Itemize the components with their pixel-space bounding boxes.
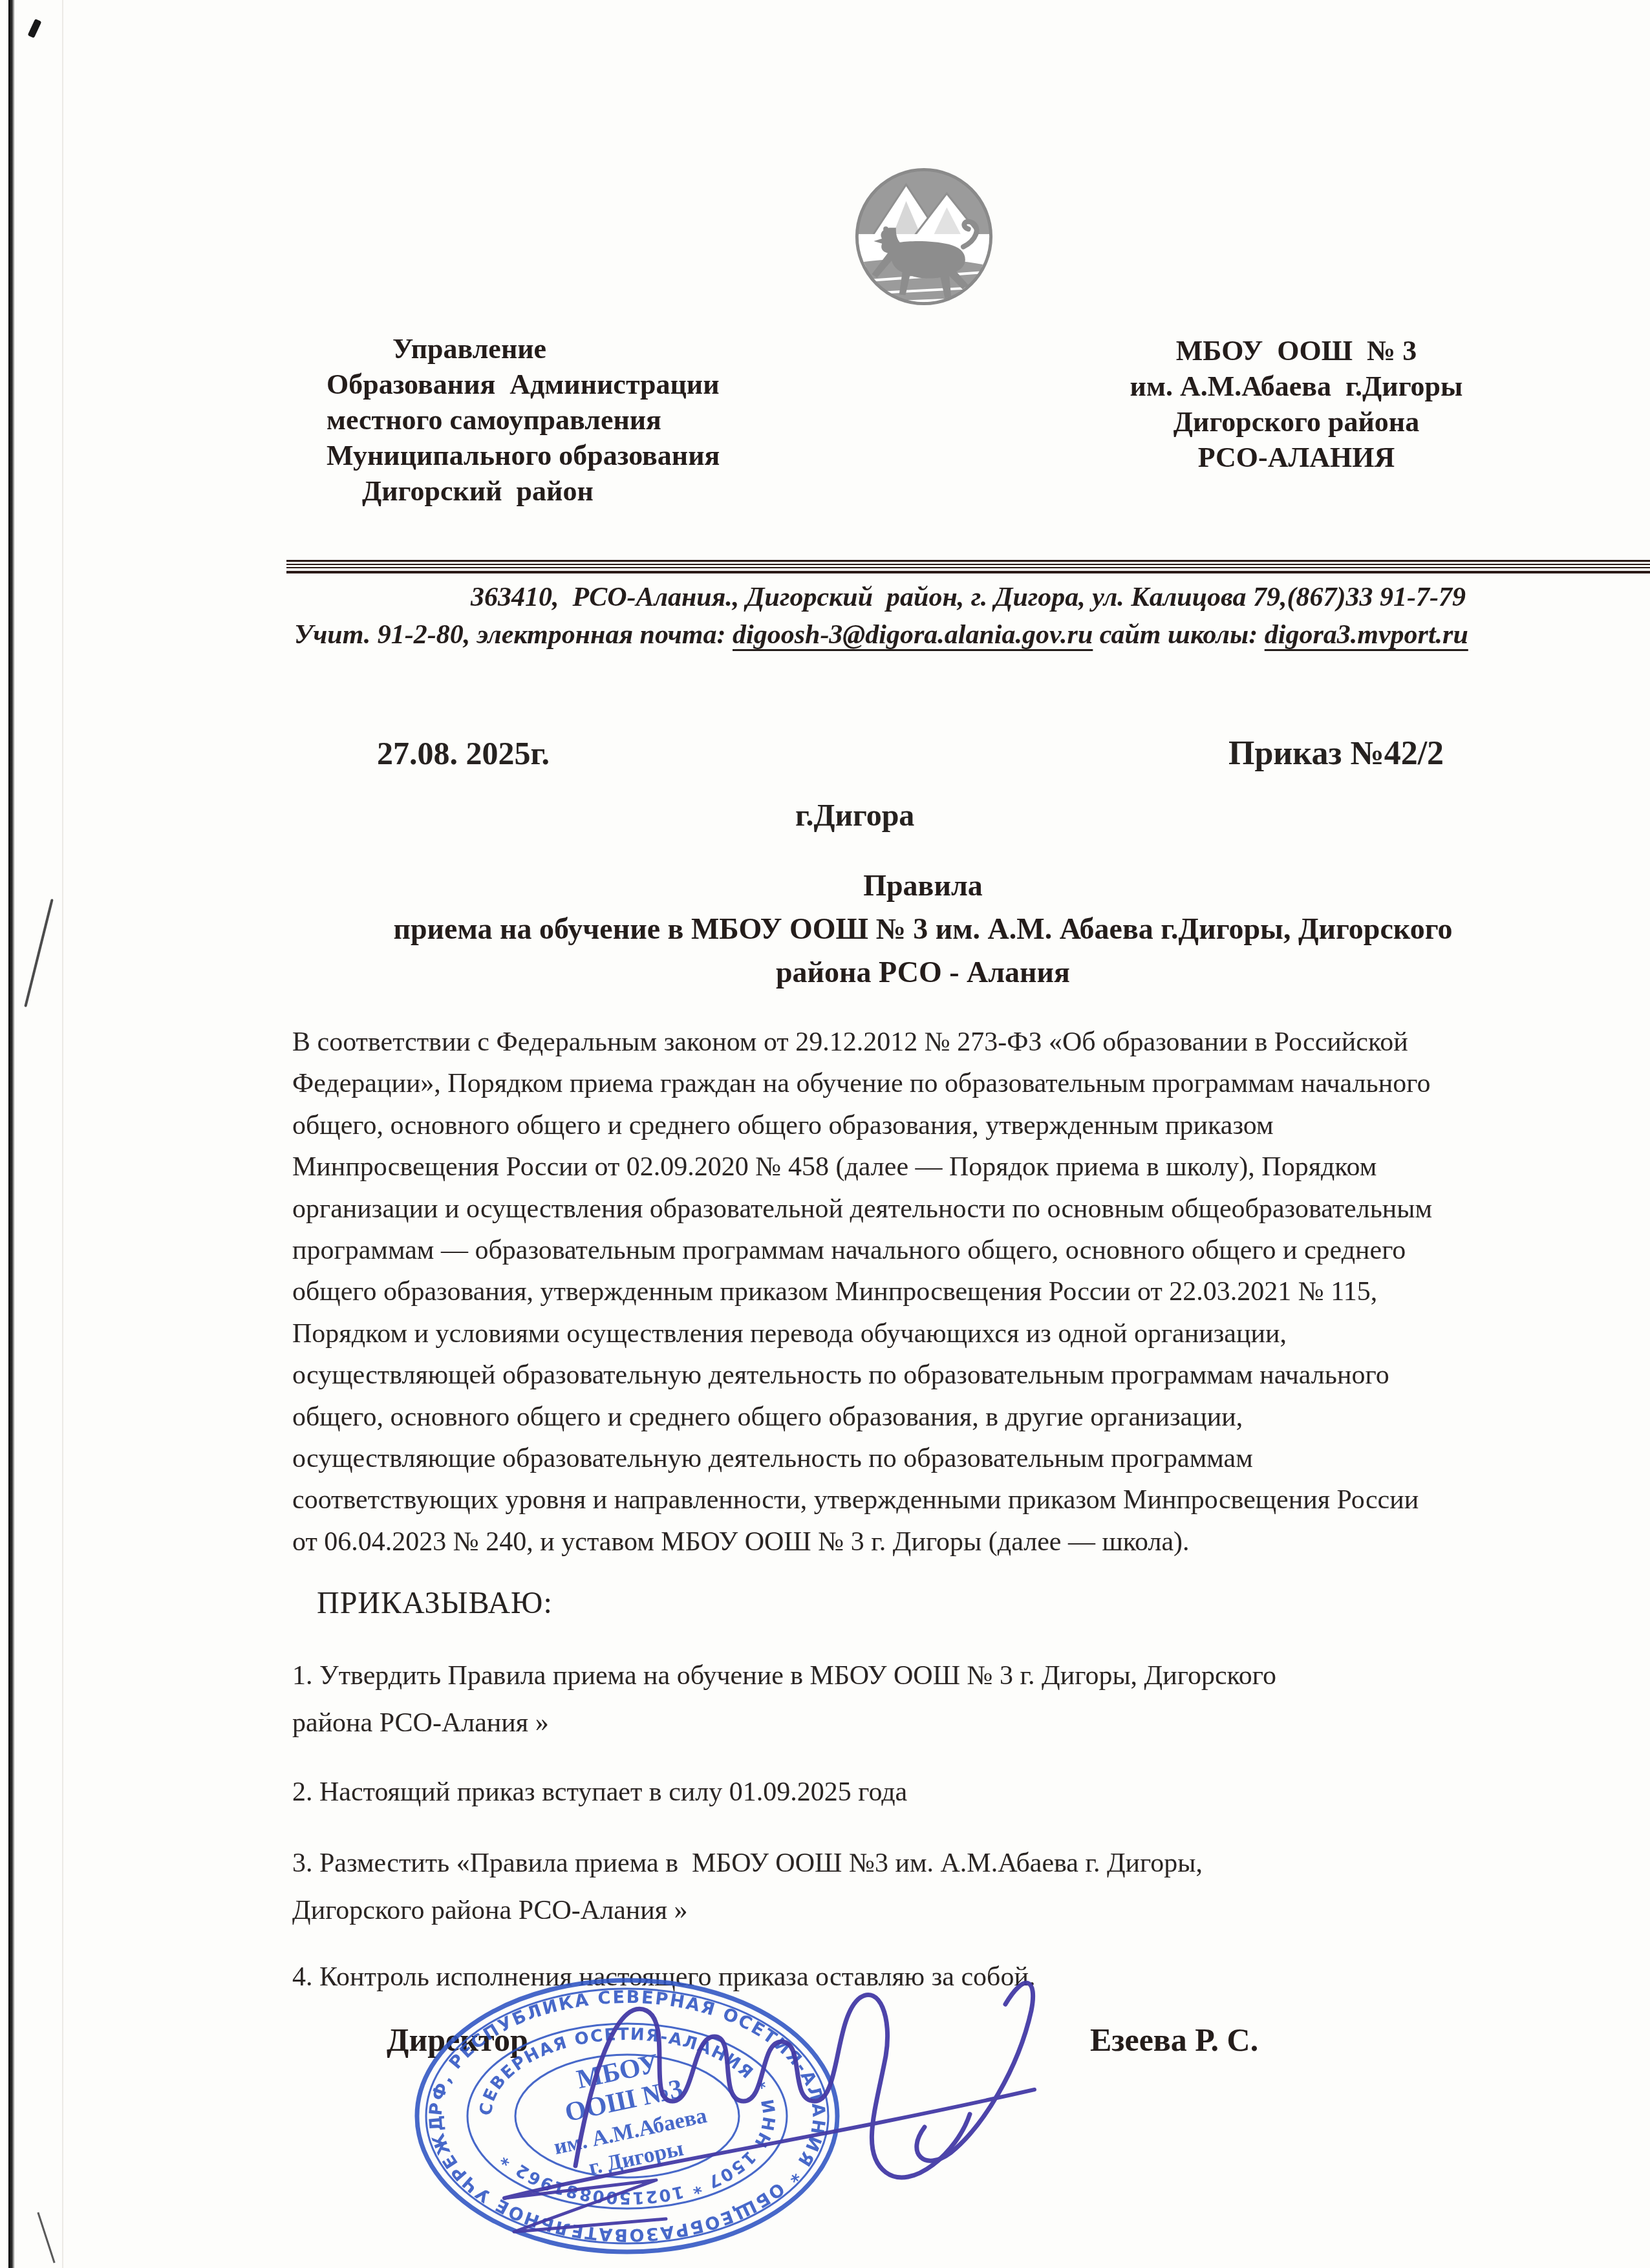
scan-artifact-scratch <box>24 899 53 1007</box>
org-right-line: РСО-АЛАНИЯ <box>1067 440 1526 475</box>
order-title: Правила приема на обучение в МБОУ ООШ № … <box>294 864 1552 994</box>
order-item-2: 2. Настоящий приказ вступает в силу 01.0… <box>292 1769 907 1816</box>
org-right-line: им. А.М.Абаева г.Дигоры <box>1067 369 1526 404</box>
contact-links-line: Учит. 91-2-80, электронная почта: digoos… <box>294 618 1468 652</box>
signature-name: Езеева Р. С. <box>1090 2021 1258 2059</box>
order-title-line: района РСО - Алания <box>294 950 1552 994</box>
header-rule <box>286 560 1650 575</box>
order-date: 27.08. 2025г. <box>377 734 550 772</box>
decree-word: ПРИКАЗЫВАЮ: <box>317 1585 553 1621</box>
scan-fold-crease <box>62 0 63 2268</box>
contact-phone-text: Учит. 91-2-80, электронная почта: <box>294 620 733 650</box>
org-left-line: Образования Администрации <box>327 367 818 402</box>
order-title-line: приема на обучение в МБОУ ООШ № 3 им. А.… <box>294 907 1552 950</box>
contact-site-label: сайт школы: <box>1093 620 1264 650</box>
scan-artifact-mark <box>28 19 42 38</box>
scanned-order-page: Управление Образования Администрации мес… <box>0 0 1650 2268</box>
order-number: Приказ №42/2 <box>1228 734 1444 773</box>
order-city: г.Дигора <box>795 798 914 833</box>
org-left-line: местного самоуправления <box>327 402 818 438</box>
scan-artifact-scratch <box>37 2212 55 2263</box>
org-right-line: Дигорского района <box>1067 404 1526 440</box>
org-left-block: Управление Образования Администрации мес… <box>327 331 818 509</box>
order-item-3: 3. Разместить «Правила приема в МБОУ ООШ… <box>292 1840 1203 1934</box>
contact-address-line: 363410, РСО-Алания., Дигорский район, г.… <box>286 581 1650 614</box>
north-ossetia-emblem-logo <box>849 166 999 309</box>
order-item-1: 1. Утвердить Правила приема на обучение … <box>292 1653 1276 1747</box>
scan-edge-shadow <box>8 0 15 2268</box>
school-email-link: digoosh-3@digora.alania.gov.ru <box>733 620 1093 650</box>
org-left-line: Муниципального образования <box>327 438 818 473</box>
order-title-line: Правила <box>294 864 1552 907</box>
school-website-link: digora3.mvport.ru <box>1265 620 1468 650</box>
org-right-block: МБОУ ООШ № 3 им. А.М.Абаева г.Дигоры Диг… <box>1067 333 1526 475</box>
org-left-line: Дигорский район <box>327 473 818 509</box>
org-right-line: МБОУ ООШ № 3 <box>1067 333 1526 369</box>
order-preamble: В соответствии с Федеральным законом от … <box>292 1022 1432 1563</box>
director-signature <box>362 1952 1099 2256</box>
org-left-line: Управление <box>327 331 818 367</box>
